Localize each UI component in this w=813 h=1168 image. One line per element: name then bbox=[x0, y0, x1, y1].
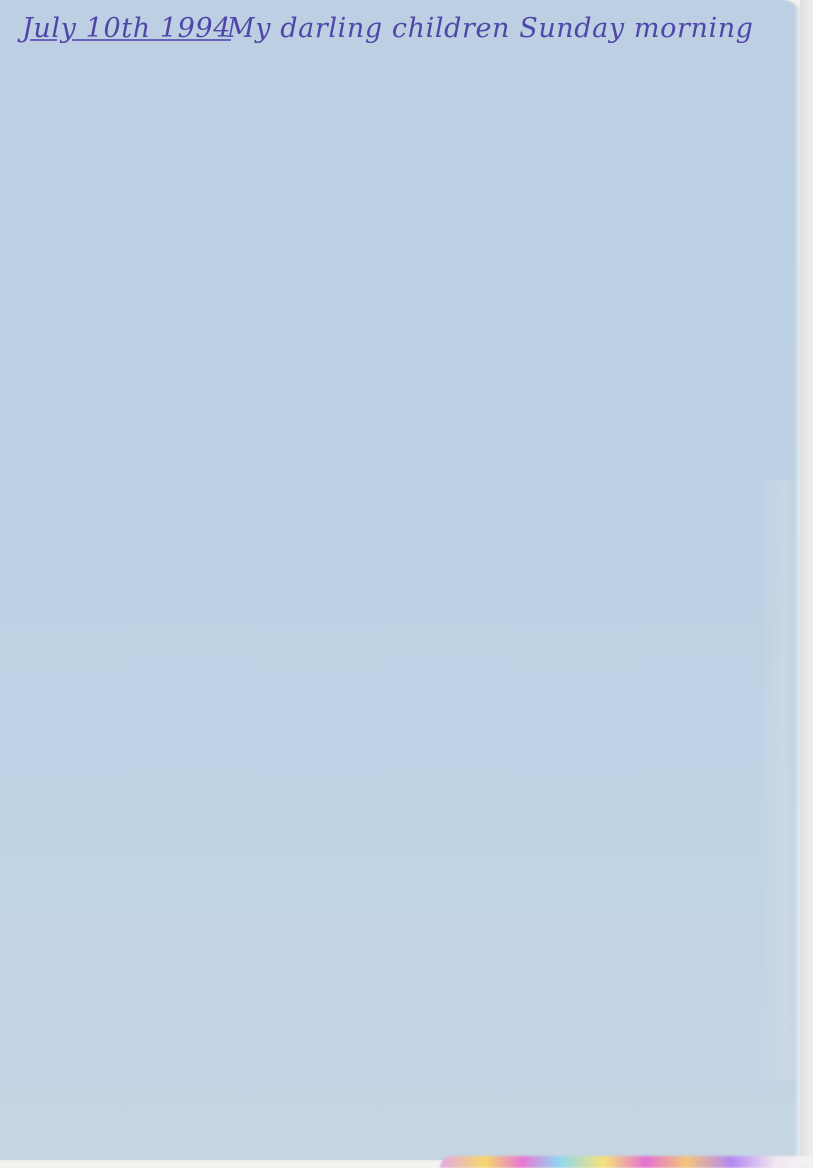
paper-fold-crease bbox=[760, 480, 800, 1080]
photo-edge-peeking bbox=[440, 1156, 813, 1168]
background-surface bbox=[800, 0, 813, 1168]
letter-line: July 10th 1994 bbox=[22, 14, 231, 44]
letter-page: July 10th 1994 My darling children Sunda… bbox=[0, 0, 800, 1160]
letter-line-1-rest: My darling children Sunday morning bbox=[227, 14, 754, 44]
letter-date: July 10th 1994 bbox=[22, 13, 231, 44]
